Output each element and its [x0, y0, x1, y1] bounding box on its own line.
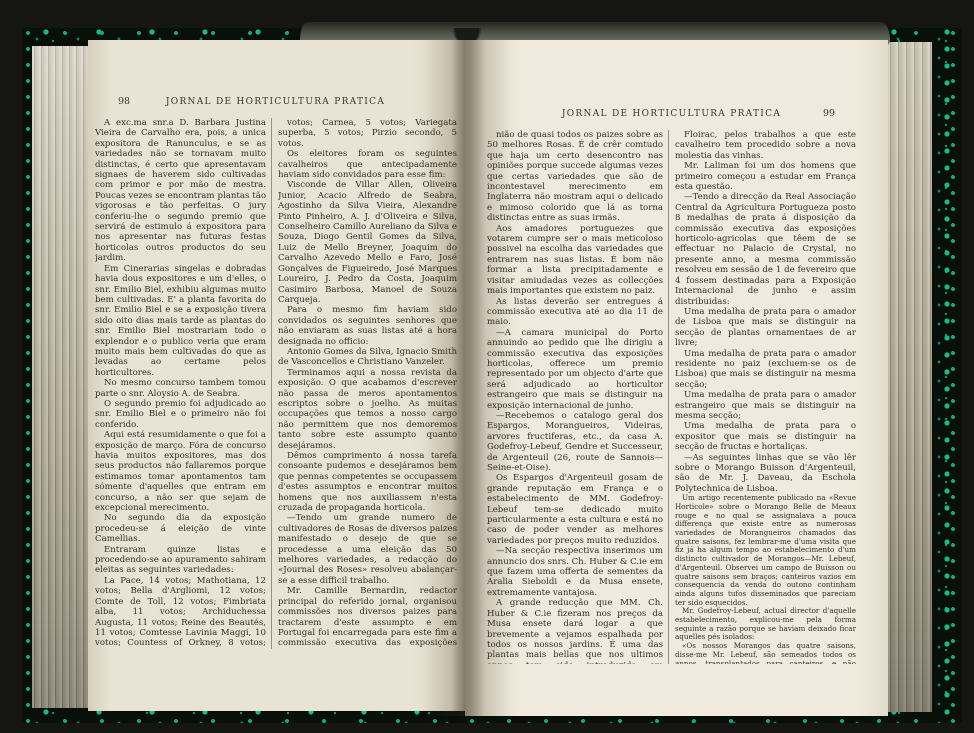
- paragraph: La Pace, 14 votos; Mathotiana, 12 votos;…: [95, 576, 266, 649]
- paragraph: «Os nossos Morangos das quatre saisons, …: [675, 642, 856, 664]
- paragraph: Uma medalha de prata para o expositor qu…: [675, 421, 856, 452]
- paragraph: Uma medalha de prata para o amador estra…: [675, 390, 856, 421]
- paragraph: nião de quasi todos os paizes sobre as 5…: [487, 130, 663, 224]
- right-page-column-2: Floirac, pelos trabalhos a que este cava…: [675, 130, 856, 664]
- photo-of-open-book: 98 JORNAL DE HORTICULTURA PRATICA A exc.…: [0, 0, 974, 733]
- paragraph: No mesmo concurso tambem tomou parte o s…: [95, 378, 266, 399]
- paragraph: Em Cinerarias singelas e dobradas havia …: [95, 264, 266, 378]
- paragraph: —Tendo a direcção da Real Associação Cen…: [675, 192, 856, 306]
- paragraph: Terminamos aqui a nossa revista da expos…: [278, 368, 457, 451]
- paragraph: Para o mesmo fim haviam sido convidados …: [278, 305, 457, 347]
- paragraph: —As seguintes linhas que se vão lêr sobr…: [675, 453, 856, 495]
- paragraph: Visconde de Villar Allen, Oliveira Junio…: [278, 180, 457, 305]
- left-page-columns: A exc.ma snr.a D. Barbara Justina Vieira…: [95, 118, 457, 649]
- paragraph: Entraram quinze listas e procedendo-se a…: [95, 545, 266, 576]
- paragraph: Os eleitores foram os seguintes cavalhei…: [278, 149, 457, 180]
- left-page: 98 JORNAL DE HORTICULTURA PRATICA A exc.…: [88, 40, 465, 711]
- column-divider: [668, 130, 669, 664]
- paragraph: Dêmos cumprimento á nossa tarefa consoan…: [278, 451, 457, 513]
- page-stack-left-edge: [32, 46, 88, 708]
- right-page: 99 JORNAL DE HORTICULTURA PRATICA nião d…: [465, 40, 888, 716]
- paragraph: Mr. Godefroy-Lebeuf, actual director d'a…: [675, 607, 856, 642]
- paragraph: Aos amadores portuguezes que votarem cum…: [487, 224, 663, 297]
- paragraph: votos; Carnea, 5 votos; Variegata superb…: [278, 118, 457, 149]
- paragraph: Uma medalha de prata para o amador resid…: [675, 349, 856, 391]
- paragraph: —A camara municipal do Porto annuindo ao…: [487, 328, 663, 411]
- column-divider: [271, 118, 272, 649]
- paragraph: Mr. Camille Bernardin, redactor principa…: [278, 586, 457, 649]
- paragraph: Aqui está resumidamente o que foi a expo…: [95, 430, 266, 513]
- paragraph: Mr. Laliman foi um dos homens que primei…: [675, 161, 856, 192]
- left-running-title: JORNAL DE HORTICULTURA PRATICA: [88, 97, 463, 107]
- right-page-columns: nião de quasi todos os paizes sobre as 5…: [487, 130, 856, 664]
- paragraph: As listas deverão ser entregues á commis…: [487, 297, 663, 328]
- paragraph: Antonio Gomes da Silva, Ignacio Smith de…: [278, 347, 457, 368]
- page-stack-right-edge: [888, 42, 932, 712]
- paragraph: A grande reducção que MM. Ch. Huber & C.…: [487, 598, 663, 664]
- paragraph: No segundo dia da exposição procedeu-se …: [95, 513, 266, 544]
- right-page-column-1: nião de quasi todos os paizes sobre as 5…: [487, 130, 663, 664]
- paragraph: —Na secção respectiva inserimos um annun…: [487, 546, 663, 598]
- paragraph: Os Espargos d'Argenteuil gosam de grande…: [487, 473, 663, 546]
- paragraph: Um artigo recentemente publicado na «Rev…: [675, 494, 856, 607]
- paragraph: —Recebemos o catalogo geral dos Espargos…: [487, 411, 663, 473]
- paragraph: Uma medalha de prata para o amador de Li…: [675, 307, 856, 349]
- left-page-column-1: A exc.ma snr.a D. Barbara Justina Vieira…: [95, 118, 266, 649]
- paragraph: A exc.ma snr.a D. Barbara Justina Vieira…: [95, 118, 266, 264]
- right-running-title: JORNAL DE HORTICULTURA PRATICA: [487, 109, 856, 119]
- paragraph: O segundo premio foi adjudicado ao snr. …: [95, 399, 266, 430]
- left-page-column-2: votos; Carnea, 5 votos; Variegata superb…: [278, 118, 457, 649]
- open-book-spread: 98 JORNAL DE HORTICULTURA PRATICA A exc.…: [88, 40, 888, 716]
- paragraph: Floirac, pelos trabalhos a que este cava…: [675, 130, 856, 161]
- paragraph: —Tendo um grande numero de cultivadores …: [278, 513, 457, 586]
